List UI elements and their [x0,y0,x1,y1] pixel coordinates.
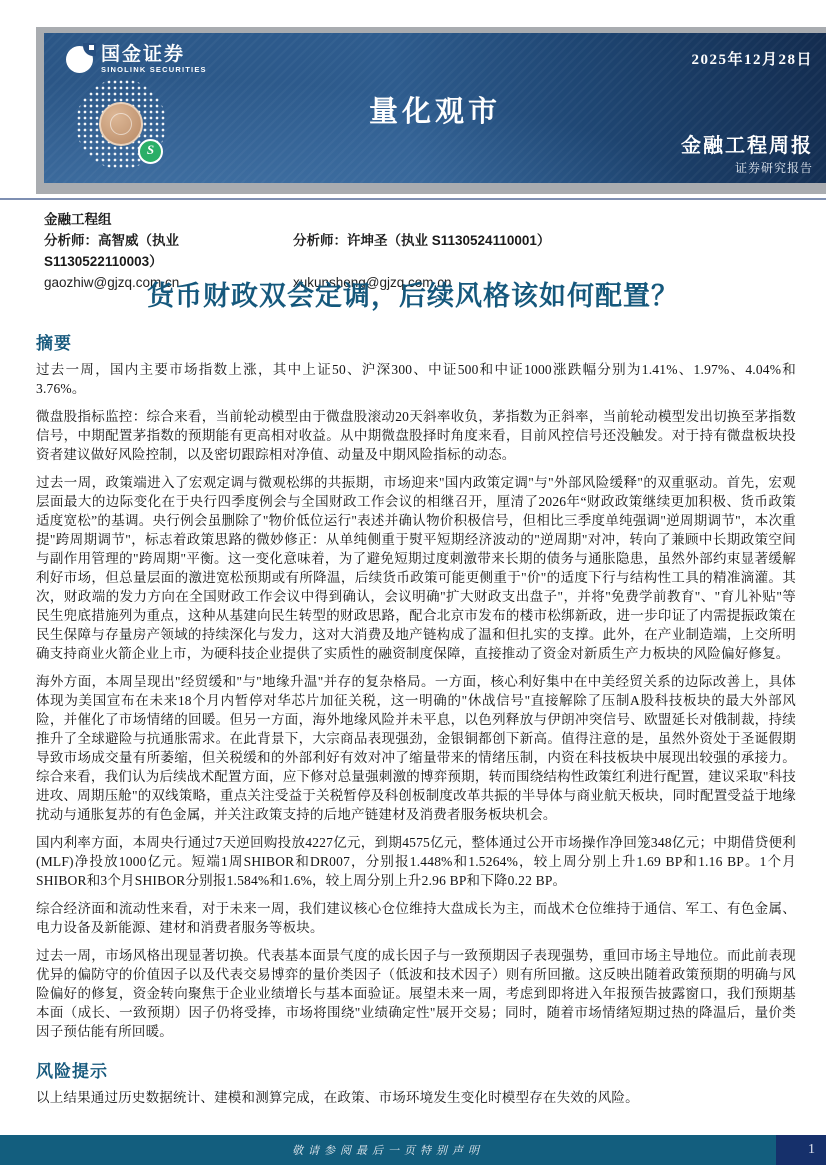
header-divider [0,198,826,200]
article-content: 摘要 过去一周，国内主要市场指数上涨，其中上证50、沪深300、中证500和中证… [36,329,796,1116]
page-number-box: 1 [776,1135,826,1165]
miniprogram-icon [138,139,163,164]
footer-disclaimer: 敬请参阅最后一页特别声明 [0,1142,776,1158]
qr-center-emblem [99,102,143,146]
brand-name-en: SINOLINK SECURITIES [101,65,207,74]
risk-paragraph: 以上结果通过历史数据统计、建模和测算完成，在政策、市场环境发生变化时模型存在失效… [36,1088,796,1107]
sinolink-logo-icon [66,46,93,73]
brand-text: 国金证券 SINOLINK SECURITIES [101,45,207,74]
analyst-2-title: 分析师：许坤圣（执业 S1130524110001） [293,230,593,272]
page-footer: 敬请参阅最后一页特别声明 1 [0,1135,826,1165]
analyst-1-title: 分析师：高智威（执业 S1130522110003） [44,230,293,272]
banner-frame: 国金证券 SINOLINK SECURITIES 2025年12月28日 量化观… [36,27,826,194]
page-number: 1 [808,1142,826,1158]
analyst-group: 金融工程组 [44,209,593,230]
brand-name-cn: 国金证券 [101,45,207,65]
report-type: 金融工程周报 [681,129,813,158]
report-banner: 国金证券 SINOLINK SECURITIES 2025年12月28日 量化观… [44,33,826,183]
summary-paragraph: 微盘股指标监控：综合来看，当前轮动模型由于微盘股滚动20天斜率收负，茅指数为正斜… [36,407,796,464]
summary-paragraph: 过去一周，国内主要市场指数上涨，其中上证50、沪深300、中证500和中证100… [36,360,796,398]
summary-paragraph: 过去一周，政策端进入了宏观定调与微观松绑的共振期，市场迎来"国内政策定调"与"外… [36,473,796,663]
summary-paragraph: 国内利率方面，本周央行通过7天逆回购投放4227亿元，到期4575亿元，整体通过… [36,833,796,890]
summary-paragraph: 海外方面，本周呈现出"经贸缓和"与"地缘升温"并存的复杂格局。一方面，核心利好集… [36,672,796,824]
report-category: 证券研究报告 [735,159,813,176]
qr-code [76,79,166,169]
summary-paragraph: 过去一周，市场风格出现显著切换。代表基本面景气度的成长因子与一致预期因子表现强势… [36,946,796,1041]
risk-heading: 风险提示 [36,1057,796,1082]
brand-logo: 国金证券 SINOLINK SECURITIES [66,45,207,74]
report-date: 2025年12月28日 [691,48,813,69]
summary-heading: 摘要 [36,329,796,354]
summary-paragraph: 综合经济面和流动性来看，对于未来一周，我们建议核心仓位维持大盘成长为主，而战术仓… [36,899,796,937]
article-title: 货币财政双会定调，后续风格该如何配置？ [0,274,826,313]
